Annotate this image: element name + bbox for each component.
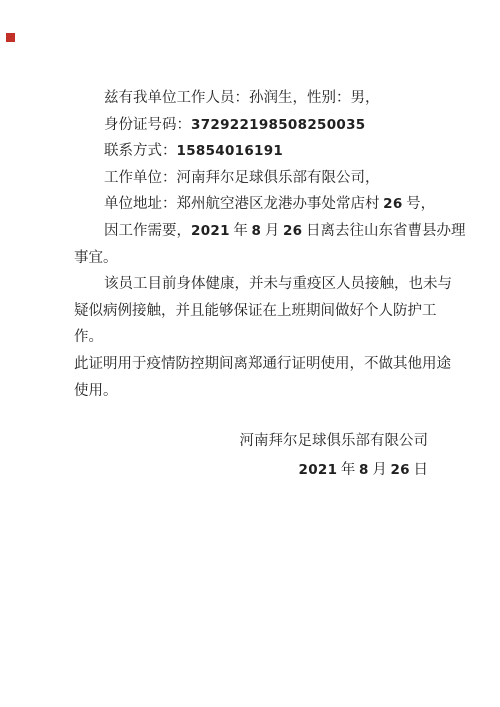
line-employee-intro: 兹有我单位工作人员：孙润生，性别：男， bbox=[74, 85, 428, 112]
signature-date: 2021 年 8 月 26 日 bbox=[74, 456, 428, 485]
line-health-statement-1: 该员工目前身体健康，并未与重疫区人员接触，也未与 bbox=[74, 271, 428, 298]
line-employer-address: 单位地址：郑州航空港区龙港办事处常店村 26 号， bbox=[74, 191, 428, 218]
line-id-number: 身份证号码：372922198508250035 bbox=[74, 112, 428, 139]
line-health-statement-3: 作。 bbox=[74, 324, 428, 351]
red-square-marker bbox=[6, 33, 15, 42]
line-purpose-statement-2: 使用。 bbox=[74, 378, 428, 405]
line-travel-reason-1: 因工作需要，2021 年 8 月 26 日离去往山东省曹县办理 bbox=[74, 218, 428, 245]
line-employer: 工作单位：河南拜尔足球俱乐部有限公司， bbox=[74, 165, 428, 192]
document-body: 兹有我单位工作人员：孙润生，性别：男， 身份证号码：37292219850825… bbox=[74, 85, 428, 484]
line-contact-phone: 联系方式：15854016191 bbox=[74, 138, 428, 165]
line-purpose-statement-1: 此证明用于疫情防控期间离郑通行证明使用，不做其他用途 bbox=[74, 351, 428, 378]
signature-block: 河南拜尔足球俱乐部有限公司 2021 年 8 月 26 日 bbox=[74, 427, 428, 484]
line-travel-reason-2: 事宜。 bbox=[74, 245, 428, 272]
signature-company-name: 河南拜尔足球俱乐部有限公司 bbox=[74, 427, 428, 456]
line-health-statement-2: 疑似病例接触，并且能够保证在上班期间做好个人防护工 bbox=[74, 298, 428, 325]
document-page: 兹有我单位工作人员：孙润生，性别：男， 身份证号码：37292219850825… bbox=[0, 0, 500, 707]
